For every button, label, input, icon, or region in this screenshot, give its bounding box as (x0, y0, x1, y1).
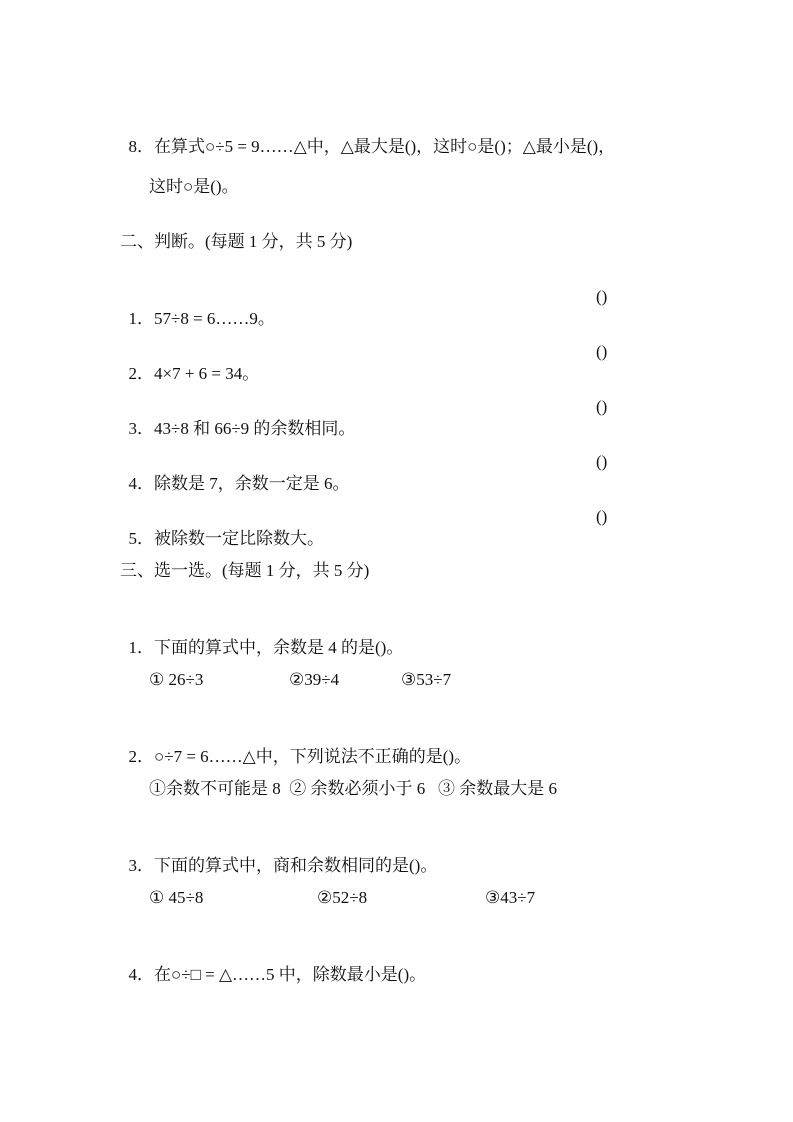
item-number: 1． (129, 637, 155, 659)
choice-option-1b[interactable]: ②39÷4 (289, 669, 339, 691)
choice-option-3c[interactable]: ③43÷7 (485, 887, 535, 909)
judgement-item-5: 5．被除数一定比除数大。 (120, 506, 324, 550)
judgement-item-2: 2．4×7 + 6 = 34。 (120, 341, 259, 385)
item-text: ○÷7 = 6……△中，下列说法不正确的是()。 (154, 747, 471, 766)
item-number: 4． (129, 964, 155, 986)
question-text: 在算式○÷5 = 9……△中，△最大是()，这时○是()；△最小是()， (154, 137, 615, 156)
question-number: 8． (129, 136, 155, 158)
item-number: 3． (129, 855, 155, 877)
question-8-continuation: 这时○是()。 (149, 176, 239, 198)
choice-question-2: 2．○÷7 = 6……△中，下列说法不正确的是()。 (120, 724, 471, 768)
item-number: 2． (129, 363, 155, 385)
judgement-item-1: 1．57÷8 = 6……9。 (120, 286, 275, 330)
choice-option-3b[interactable]: ②52÷8 (317, 887, 367, 909)
item-text: 下面的算式中，商和余数相同的是()。 (154, 856, 437, 875)
judgement-item-4: 4．除数是 7，余数一定是 6。 (120, 451, 350, 495)
question-8: 8．在算式○÷5 = 9……△中，△最大是()，这时○是()；△最小是()， (120, 114, 615, 158)
choice-option-1a[interactable]: ① 26÷3 (149, 669, 203, 691)
choice-question-4: 4．在○÷□ = △……5 中，除数最小是()。 (120, 942, 426, 986)
section-heading-choice: 三、选一选。(每题 1 分，共 5 分) (120, 560, 369, 582)
choice-option-3a[interactable]: ① 45÷8 (149, 887, 203, 909)
choice-question-1: 1．下面的算式中，余数是 4 的是()。 (120, 615, 403, 659)
section-heading-judgement: 二、判断。(每题 1 分，共 5 分) (120, 231, 352, 253)
item-text: 在○÷□ = △……5 中，除数最小是()。 (154, 965, 426, 984)
choice-options-2[interactable]: ①余数不可能是 8 ② 余数必须小于 6 ③ 余数最大是 6 (149, 778, 557, 800)
answer-bracket-1[interactable]: () (596, 286, 607, 308)
answer-bracket-4[interactable]: () (596, 451, 607, 473)
answer-bracket-2[interactable]: () (596, 341, 607, 363)
item-number: 4． (129, 473, 155, 495)
choice-option-1c[interactable]: ③53÷7 (401, 669, 451, 691)
choice-question-3: 3．下面的算式中，商和余数相同的是()。 (120, 833, 437, 877)
item-number: 3． (129, 418, 155, 440)
item-text: 被除数一定比除数大。 (154, 529, 324, 548)
judgement-item-3: 3．43÷8 和 66÷9 的余数相同。 (120, 396, 355, 440)
item-number: 1． (129, 308, 155, 330)
item-text: 下面的算式中，余数是 4 的是()。 (154, 638, 403, 657)
item-text: 43÷8 和 66÷9 的余数相同。 (154, 419, 355, 438)
item-number: 2． (129, 746, 155, 768)
answer-bracket-5[interactable]: () (596, 506, 607, 528)
answer-bracket-3[interactable]: () (596, 396, 607, 418)
item-text: 57÷8 = 6……9。 (154, 309, 275, 328)
item-number: 5． (129, 528, 155, 550)
item-text: 4×7 + 6 = 34。 (154, 364, 259, 383)
item-text: 除数是 7，余数一定是 6。 (154, 474, 350, 493)
